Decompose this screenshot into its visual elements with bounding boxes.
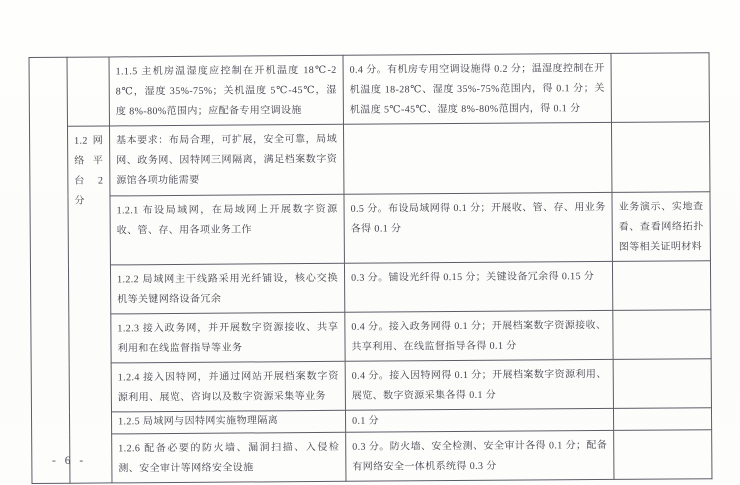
criteria-cell: 1.1.5 主机房温湿度应控制在开机温度 18℃-28℃，湿度 35%-75%；… — [109, 55, 343, 126]
table-row: 1.2 网络平台 2 分 基本要求：布局合理，可扩展，安全可靠，局域网、政务网、… — [29, 122, 709, 197]
scoring-cell: 0.4 分。有机房专用空调设施得 0.2 分；温湿度控制在开机温度 18-28℃… — [343, 53, 611, 124]
page-number: - 6 - — [52, 455, 86, 467]
section-column-cell — [29, 57, 70, 483]
table-row: 1.2.2 局域网主干线路采用光纤铺设，核心交换机等关键网络设备冗余 0.3 分… — [30, 261, 710, 315]
scoring-cell: 0.4 分。接入政务网得 0.1 分；开展档案数字资源接收、共享利用、在线监督指… — [345, 310, 613, 361]
table-row: 1.1.5 主机房温湿度应控制在开机温度 18℃-28℃，湿度 35%-75%；… — [29, 53, 709, 127]
subsection-label-cell: 1.2 网络平台 2 分 — [67, 126, 111, 483]
method-cell: 业务演示、实地查看、查看网络拓扑图等相关证明材料 — [612, 192, 710, 262]
scoring-cell — [343, 122, 611, 194]
evaluation-criteria-table: 1.1.5 主机房温湿度应控制在开机温度 18℃-28℃，湿度 35%-75%；… — [29, 52, 713, 484]
criteria-cell: 1.2.1 布设局域网，在局域网上开展数字资源收、管、存、用各项业务工作 — [110, 194, 344, 265]
scoring-cell: 0.4 分。接入因特网得 0.1 分；开展档案数字资源利用、展览、数字资源采集各… — [345, 359, 613, 410]
table-row: 1.2.4 接入因特网，并通过网站开展档案数字资源利用、展览、咨询以及数字资源采… — [31, 359, 711, 413]
method-cell — [611, 53, 709, 123]
scoring-cell: 0.5 分。布设局域网得 0.1 分；开展收、管、存、用业务各得 0.1 分 — [344, 192, 612, 263]
table-row: 1.2.1 布设局域网，在局域网上开展数字资源收、管、存、用各项业务工作 0.5… — [30, 192, 710, 266]
method-cell — [611, 122, 709, 193]
evaluation-table: 1.1.5 主机房温湿度应控制在开机温度 18℃-28℃，湿度 35%-75%；… — [29, 52, 712, 484]
scoring-cell: 0.3 分。铺设光纤得 0.15 分；关键设备冗余得 0.15 分 — [344, 261, 612, 312]
method-cell — [614, 430, 712, 480]
method-cell — [613, 408, 711, 431]
scoring-cell: 0.3 分。防火墙、安全检测、安全审计各得 0.1 分；配备有网络安全一体机系统… — [346, 430, 614, 481]
criteria-cell: 1.2.4 接入因特网，并通过网站开展档案数字资源利用、展览、咨询以及数字资源采… — [111, 361, 345, 412]
scanned-page: 1.1.5 主机房温湿度应控制在开机温度 18℃-28℃，湿度 35%-75%；… — [0, 0, 740, 485]
table-row: 1.2.3 接入政务网，并开展数字资源接收、共享利用和在线监督指导等业务 0.4… — [31, 310, 711, 364]
criteria-cell: 1.2.6 配备必要的防火墙、漏洞扫描、入侵检测、安全审计等网络安全设施 — [112, 432, 346, 483]
method-cell — [612, 261, 710, 311]
table-row: 1.2.6 配备必要的防火墙、漏洞扫描、入侵检测、安全审计等网络安全设施 0.3… — [32, 430, 712, 484]
criteria-cell: 1.2.2 局域网主干线路采用光纤铺设，核心交换机等关键网络设备冗余 — [110, 263, 344, 314]
method-cell — [613, 310, 711, 360]
subsection-empty-cell — [67, 57, 109, 126]
criteria-cell: 基本要求：布局合理，可扩展，安全可靠，局域网、政务网、因特网三网隔离，满足档案数… — [109, 124, 343, 196]
criteria-cell: 1.2.3 接入政务网，并开展数字资源接收、共享利用和在线监督指导等业务 — [111, 312, 345, 363]
method-cell — [613, 359, 711, 409]
scoring-cell: 0.1 分 — [345, 408, 613, 432]
criteria-cell: 1.2.5 局域网与因特网实施物理隔离 — [111, 410, 345, 434]
